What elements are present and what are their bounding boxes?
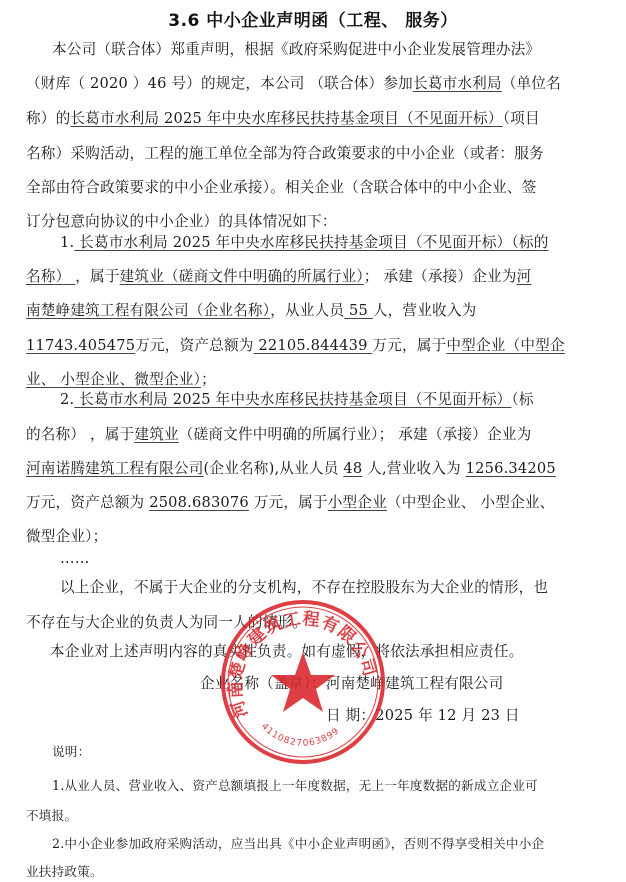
statement-line-1: 以上企业，不属于大企业的分支机构，不存在控股股东为大企业的情形，也: [60, 578, 626, 598]
item-1-line-1: 1. 长葛市水利局 2025 年中央水库移民扶持基金项目（不见面开标）（标的: [60, 233, 626, 253]
intro-text: （项目: [503, 110, 540, 127]
note-2-line-1: 2.中小企业参加政府采购活动，应当出具《中小企业声明函》，否则不得享受相关中小企: [52, 834, 626, 854]
item-text: ，属于: [75, 268, 119, 285]
item-text: ；: [201, 371, 216, 388]
intro-line-2: （财库（ 2020 ）46 号）的规定，本公司 （联合体）参加长葛市水利局（单位…: [26, 74, 600, 94]
item-1-line-3: 南楚峥建筑工程有限公司（企业名称），从业人员 55 人，营业收入为: [26, 301, 600, 321]
item-industry: 建筑业: [134, 426, 178, 443]
item-employees: 48: [343, 460, 362, 477]
item-assets: 22105.844439: [254, 337, 373, 354]
intro-line-5: 全部由符合政策要求的中小企业承接）。相关企业（含联合体中的中小企业、签: [26, 178, 600, 198]
item-text: 的名称） ，属于: [26, 426, 134, 443]
item-industry: 建筑业（磋商文件中明确的所属行业）: [120, 268, 364, 285]
item-company: 南楚峥建筑工程有限公司（企业名称）: [26, 302, 270, 319]
page-title: 3.6 中小企业声明函（工程、 服务）: [0, 6, 626, 31]
item-number: 1.: [60, 234, 74, 251]
intro-text: 称）的: [26, 110, 70, 127]
item-2-line-3: 河南诺腾建筑工程有限公司(企业名称),从业人员 48 人,营业收入为 1256.…: [26, 459, 600, 479]
item-employees: 55: [344, 302, 373, 319]
item-company: 河南诺腾建筑工程有限公司: [26, 460, 204, 477]
intro-line-6: 订分包意向协议的中小企业）的具体情况如下：: [26, 212, 600, 232]
item-assets: 2508.683076: [149, 494, 249, 511]
item-type: 中型企业（中型企: [446, 337, 564, 354]
unit-name: 长葛市水利局: [413, 75, 502, 92]
item-text: （磋商文件中明确的所属行业）； 承建（承接）企业为: [179, 426, 532, 443]
item-project: 名称）: [26, 268, 75, 285]
item-text: 万元，资产总额为: [135, 337, 253, 354]
note-1-line-1: 1.从业人员、营业收入、资产总额填报上一年度数据，无上一年度数据的新成立企业可: [52, 776, 626, 796]
item-text: (企业名称),从业人员: [204, 460, 344, 477]
intro-line-4: 名称）采购活动，工程的施工单位全部为符合政策要求的中小企业（或者：服务: [26, 144, 600, 164]
note-2-line-2: 业扶持政策。: [26, 862, 600, 882]
item-1-line-4: 11743.405475万元，资产总额为 22105.844439 万元，属于中…: [26, 336, 600, 356]
item-2-line-2: 的名称） ，属于建筑业（磋商文件中明确的所属行业）； 承建（承接）企业为: [26, 425, 600, 445]
item-text: ； 承建（承接）企业为: [364, 268, 517, 285]
item-text: （标: [511, 391, 533, 408]
item-type: 业、 小型企业、微型企业）: [26, 371, 201, 388]
item-revenue: 11743.405475: [26, 337, 135, 354]
notes-heading: 说明：: [52, 742, 626, 762]
item-1-line-2: 名称） ，属于建筑业（磋商文件中明确的所属行业）； 承建（承接）企业为河: [26, 267, 600, 287]
intro-text: （财库（ 2020 ）46 号）的规定，本公司 （联合体）参加: [26, 75, 413, 92]
item-company: 河: [517, 268, 532, 285]
ellipsis: ……: [60, 549, 626, 569]
item-text: （中型企业、 小型企业、: [387, 494, 555, 511]
project-name: 长葛市水利局 2025 年中央水库移民扶持基金项目（不见面开标）: [70, 110, 502, 127]
item-2-line-1: 2. 长葛市水利局 2025 年中央水库移民扶持基金项目（不见面开标）（标: [60, 390, 626, 410]
item-text: 人,营业收入为: [362, 460, 465, 477]
item-revenue: 1256.34205: [466, 460, 556, 477]
item-text: 万元，属于: [249, 494, 328, 511]
item-number: 2.: [60, 391, 74, 408]
intro-line-1: 本公司（联合体）郑重声明，根据《政府采购促进中小企业发展管理办法》: [52, 40, 626, 60]
item-text: ，从业人员: [270, 302, 344, 319]
item-1-line-5: 业、 小型企业、微型企业）；: [26, 370, 600, 390]
intro-line-3: 称）的长葛市水利局 2025 年中央水库移民扶持基金项目（不见面开标）（项目: [26, 109, 600, 129]
item-text: 人，营业收入为: [373, 302, 477, 319]
item-type: 小型企业: [328, 494, 387, 511]
date-value: 2025 年 12 月 23 日: [375, 707, 519, 724]
note-1-line-2: 不填报。: [26, 806, 600, 826]
item-project: 长葛市水利局 2025 年中央水库移民扶持基金项目（不见面开标）（标的: [74, 234, 548, 251]
item-project: 长葛市水利局 2025 年中央水库移民扶持基金项目（不见面开标）: [74, 391, 511, 408]
item-2-line-5: 微型企业）；: [26, 527, 600, 547]
item-2-line-4: 万元，资产总额为 2508.683076 万元，属于小型企业（中型企业、 小型企…: [26, 493, 600, 513]
intro-text: （单位名: [502, 75, 561, 92]
item-text: 万元，属于: [372, 337, 446, 354]
item-text: 万元，资产总额为: [26, 494, 149, 511]
